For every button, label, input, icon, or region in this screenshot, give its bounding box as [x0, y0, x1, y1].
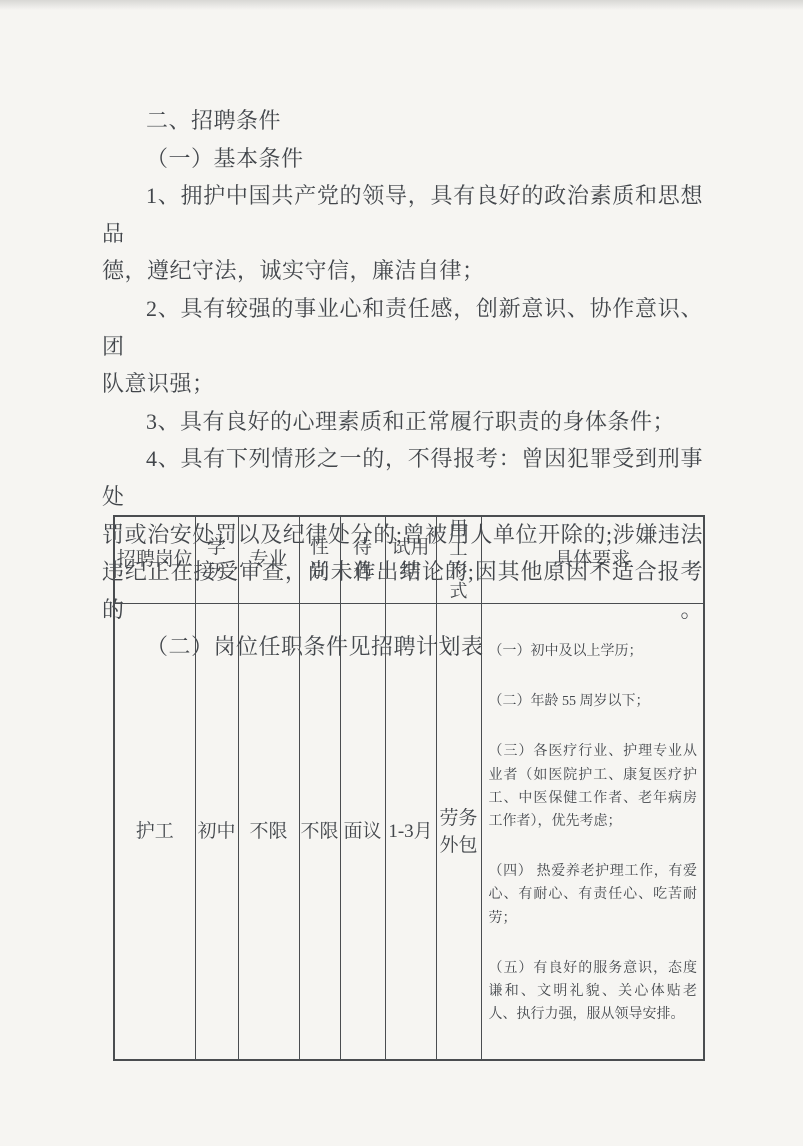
document-page: 二、招聘条件 （一）基本条件 1、拥护中国共产党的领导，具有良好的政治素质和思想… [0, 0, 803, 1146]
cell-probation: 1-3月 [385, 604, 436, 1061]
col-header-requirements: 具体要求 [481, 516, 704, 604]
heading-basic-conditions: （一）基本条件 [102, 140, 703, 178]
paragraph-1-line-2: 德，遵纪守法，诚实守信，廉洁自律； [102, 252, 703, 290]
cell-major: 不限 [238, 604, 299, 1061]
paragraph-3-line-1: 3、具有良好的心理素质和正常履行职责的身体条件； [102, 403, 703, 441]
paragraph-4-line-1: 4、具有下列情形之一的，不得报考：曾因犯罪受到刑事处 [102, 440, 703, 515]
cell-salary: 面议 [340, 604, 385, 1061]
requirement-item-1: （一）初中及以上学历； [489, 640, 698, 663]
col-header-gender: 性 别 [299, 516, 340, 604]
heading-section-two: 二、招聘条件 [102, 102, 703, 140]
table-header-row: 招聘岗位 学 历 专业 性 别 待 遇 试用 期 用 工 形 式 具体要求 [114, 516, 704, 604]
col-header-education: 学 历 [195, 516, 238, 604]
cell-requirements: （一）初中及以上学历； （二）年龄 55 周岁以下； （三）各医疗行业、护理专业… [481, 604, 704, 1061]
paragraph-1-line-1: 1、拥护中国共产党的领导，具有良好的政治素质和思想品 [102, 177, 703, 252]
cell-position: 护工 [114, 604, 195, 1061]
col-header-salary: 待 遇 [340, 516, 385, 604]
table-data-row: 护工 初中 不限 不限 面议 1-3月 劳务 外包 （一）初中及以上学历； （二… [114, 604, 704, 1061]
cell-gender: 不限 [299, 604, 340, 1061]
requirement-item-5: （五）有良好的服务意识，态度谦和、文明礼貌、关心体贴老人、执行力强，服从领导安排… [489, 957, 698, 1027]
col-header-employment-type: 用 工 形 式 [436, 516, 481, 604]
paragraph-2-line-1: 2、具有较强的事业心和责任感，创新意识、协作意识、团 [102, 290, 703, 365]
recruitment-plan-table: 招聘岗位 学 历 专业 性 别 待 遇 试用 期 用 工 形 式 具体要求 护工… [113, 515, 705, 1061]
paragraph-2-line-2: 队意识强； [102, 365, 703, 403]
col-header-position: 招聘岗位 [114, 516, 195, 604]
cell-education: 初中 [195, 604, 238, 1061]
col-header-major: 专业 [238, 516, 299, 604]
requirement-item-3: （三）各医疗行业、护理专业从业者（如医院护工、康复医疗护工、中医保健工作者、老年… [489, 740, 698, 833]
col-header-probation: 试用 期 [385, 516, 436, 604]
cell-employment-type: 劳务 外包 [436, 604, 481, 1061]
requirement-item-2: （二）年龄 55 周岁以下； [489, 690, 698, 713]
requirement-item-4: （四） 热爱养老护理工作，有爱心、有耐心、有责任心、吃苦耐劳； [489, 860, 698, 930]
